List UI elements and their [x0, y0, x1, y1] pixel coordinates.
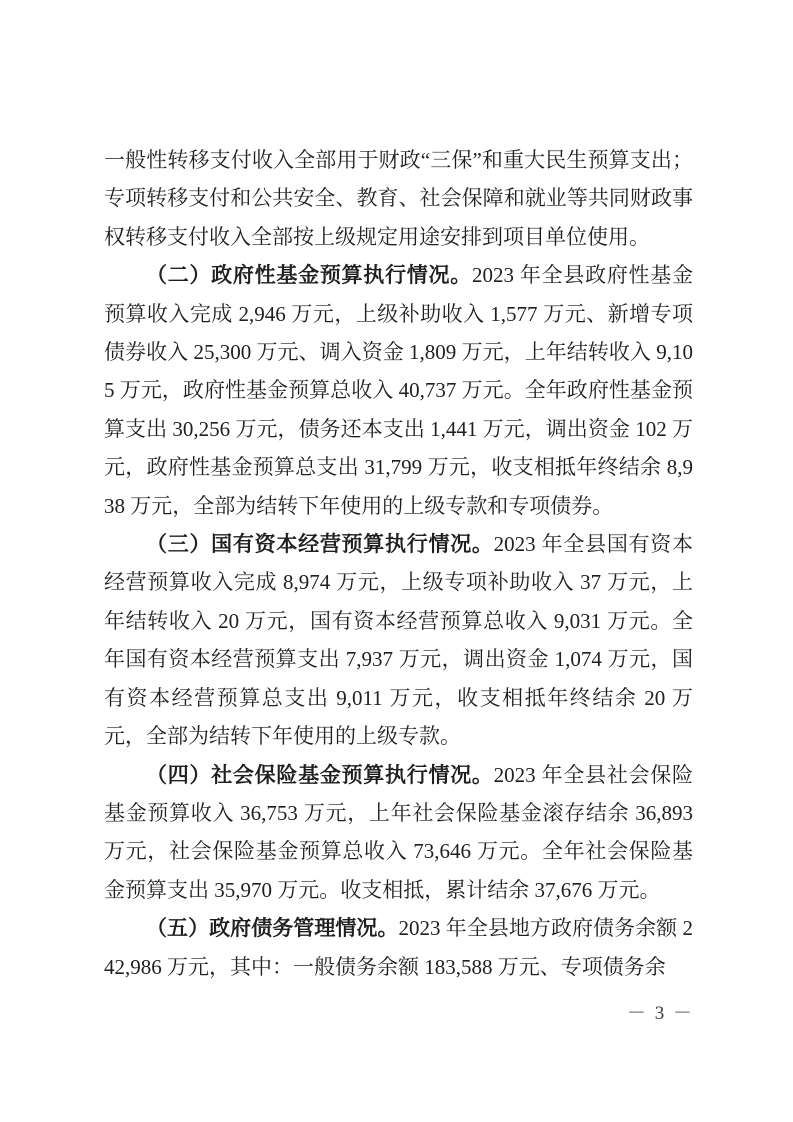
paragraph-text: 2023 年全县政府性基金预算收入完成 2,946 万元，上级补助收入 1,57…	[104, 263, 693, 517]
paragraph-lead: （四）社会保险基金预算执行情况。	[146, 763, 494, 787]
paragraph-text: 一般性转移支付收入全部用于财政“三保”和重大民生预算支出；专项转移支付和公共安全…	[104, 148, 693, 249]
document-body: 一般性转移支付收入全部用于财政“三保”和重大民生预算支出；专项转移支付和公共安全…	[104, 141, 693, 986]
paragraph-state-capital-budget: （三）国有资本经营预算执行情况。2023 年全县国有资本经营预算收入完成 8,9…	[104, 525, 693, 755]
paragraph-social-insurance-budget: （四）社会保险基金预算执行情况。2023 年全县社会保险基金预算收入 36,75…	[104, 756, 693, 910]
paragraph-government-funds-budget: （二）政府性基金预算执行情况。2023 年全县政府性基金预算收入完成 2,946…	[104, 256, 693, 525]
paragraph-government-debt: （五）政府债务管理情况。2023 年全县地方政府债务余额 242,986 万元，…	[104, 909, 693, 986]
paragraph-transfer-payments: 一般性转移支付收入全部用于财政“三保”和重大民生预算支出；专项转移支付和公共安全…	[104, 141, 693, 256]
paragraph-text: 2023 年全县国有资本经营预算收入完成 8,974 万元，上级专项补助收入 3…	[104, 532, 693, 748]
page-number: － 3 －	[627, 1003, 694, 1025]
document-page: 一般性转移支付收入全部用于财政“三保”和重大民生预算支出；专项转移支付和公共安全…	[0, 0, 793, 1122]
paragraph-lead: （三）国有资本经营预算执行情况。	[146, 532, 494, 556]
paragraph-lead: （五）政府债务管理情况。	[146, 916, 398, 940]
paragraph-lead: （二）政府性基金预算执行情况。	[146, 263, 472, 287]
